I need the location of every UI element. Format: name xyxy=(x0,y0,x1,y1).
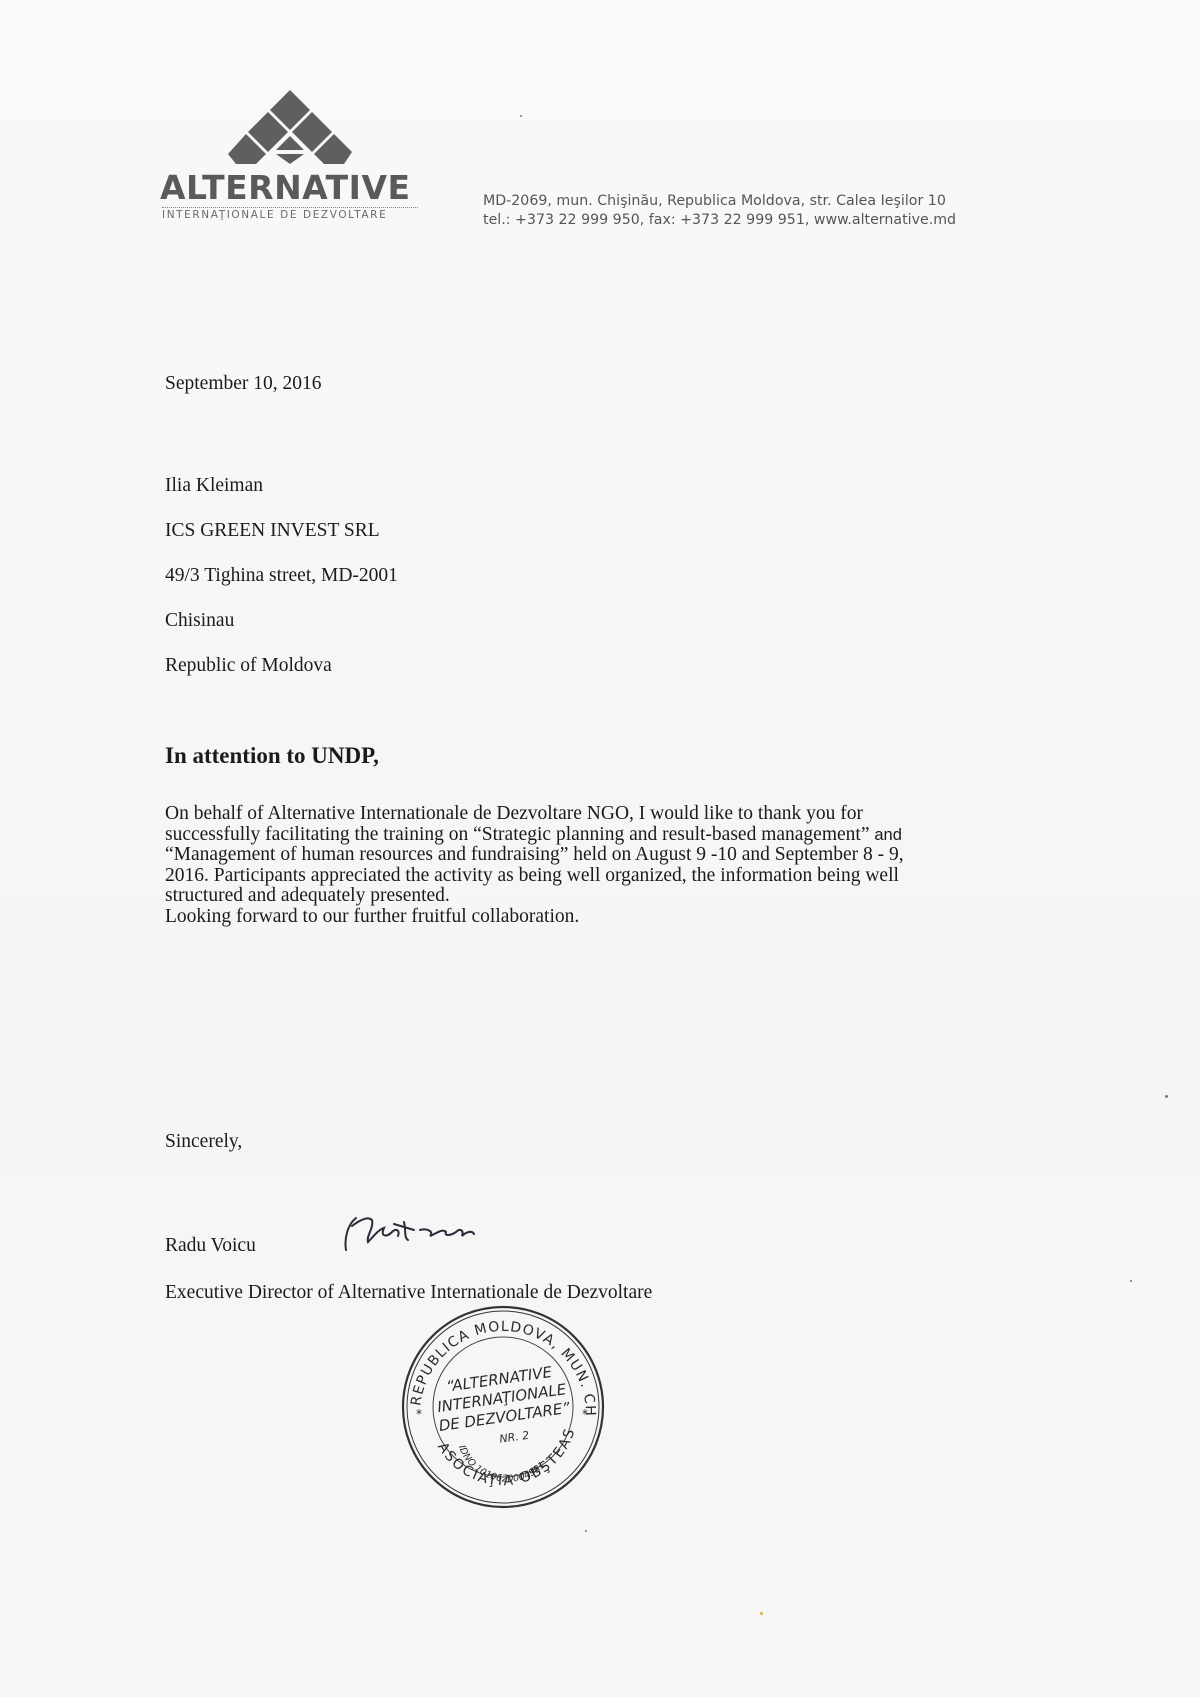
signatory-name: Radu Voicu xyxy=(165,1235,256,1257)
letter-page: ALTERNATIVE INTERNAŢIONALE DE DEZVOLTARE… xyxy=(0,0,1200,1697)
scan-speck xyxy=(760,1612,763,1615)
recipient-city: Chisinau xyxy=(165,610,234,632)
body-line-suffix: and xyxy=(874,826,902,844)
diamond-tiles-logo-icon xyxy=(228,88,352,164)
body-line: On behalf of Alternative Internationale … xyxy=(165,804,1045,825)
body-line: 2016. Participants appreciated the activ… xyxy=(165,866,1045,887)
org-subtitle: INTERNAŢIONALE DE DEZVOLTARE xyxy=(162,209,422,221)
recipient-street: 49/3 Tighina street, MD-2001 xyxy=(165,565,398,587)
body-line: structured and adequately presented. xyxy=(165,886,1045,907)
closing: Sincerely, xyxy=(165,1131,242,1153)
letter-date: September 10, 2016 xyxy=(165,373,322,395)
svg-text:*: * xyxy=(416,1407,422,1421)
organization-stamp-icon: REPUBLICA MOLDOVA, MUN. CHIŞINĂU ASOCIAŢ… xyxy=(398,1302,608,1512)
body-line: “Management of human resources and fundr… xyxy=(165,845,1045,866)
body-line: Looking forward to our further fruitful … xyxy=(165,907,1045,928)
org-phone-fax-web: tel.: +373 22 999 950, fax: +373 22 999 … xyxy=(483,211,956,230)
scan-speck xyxy=(1165,1095,1168,1098)
recipient-name: Ilia Kleiman xyxy=(165,475,263,497)
org-address: MD-2069, mun. Chişinău, Republica Moldov… xyxy=(483,192,956,211)
org-contact: MD-2069, mun. Chişinău, Republica Moldov… xyxy=(483,192,956,230)
body-line: successfully facilitating the training o… xyxy=(165,825,1045,846)
letter-body: On behalf of Alternative Internationale … xyxy=(165,804,1045,927)
recipient-country: Republic of Moldova xyxy=(165,655,332,677)
recipient-company: ICS GREEN INVEST SRL xyxy=(165,520,380,542)
signatory-title: Executive Director of Alternative Intern… xyxy=(165,1282,652,1304)
scan-speck xyxy=(585,1530,587,1532)
org-logo: ALTERNATIVE INTERNAŢIONALE DE DEZVOLTARE xyxy=(160,88,420,228)
salutation: In attention to UNDP, xyxy=(165,743,379,769)
handwritten-signature-icon xyxy=(338,1206,488,1256)
stamp-number: NR. 2 xyxy=(499,1429,530,1446)
org-name: ALTERNATIVE xyxy=(160,168,420,207)
svg-text:*: * xyxy=(582,1407,588,1421)
scan-speck xyxy=(520,115,522,117)
scan-speck xyxy=(1130,1280,1132,1282)
